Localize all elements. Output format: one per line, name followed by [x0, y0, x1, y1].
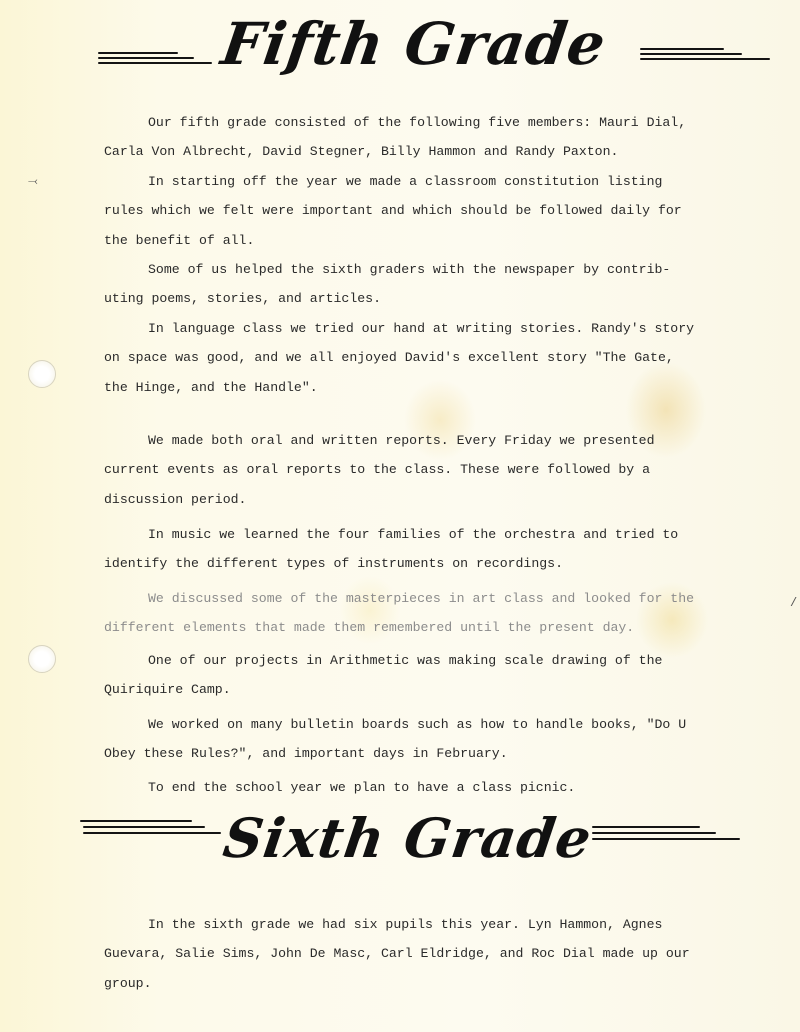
margin-mark-icon: /: [790, 596, 797, 610]
paragraph-reports: We made both oral and written reports. E…: [104, 426, 704, 514]
paragraph-language-class: In language class we tried our hand at w…: [104, 314, 704, 402]
section-title-fifth-grade: Fifth Grade: [217, 10, 610, 78]
document-page: Fifth Grade Our fifth grade consisted of…: [0, 0, 800, 1032]
paragraph-sixth-grade-pupils: In the sixth grade we had six pupils thi…: [104, 910, 704, 998]
paragraph-newspaper: Some of us helped the sixth graders with…: [104, 255, 704, 314]
margin-mark-icon: ⤙: [28, 175, 38, 189]
punch-hole: [28, 360, 56, 388]
paragraph-art: We discussed some of the masterpieces in…: [104, 584, 704, 643]
section-title-sixth-grade: Sixth Grade: [220, 806, 596, 870]
paragraph-arithmetic: One of our projects in Arithmetic was ma…: [104, 646, 704, 705]
paragraph-bulletin-boards: We worked on many bulletin boards such a…: [104, 710, 704, 769]
paragraph-members: Our fifth grade consisted of the followi…: [104, 108, 704, 167]
paragraph-constitution: In starting off the year we made a class…: [104, 167, 704, 255]
paragraph-picnic: To end the school year we plan to have a…: [104, 773, 704, 802]
punch-hole: [28, 645, 56, 673]
paragraph-music: In music we learned the four families of…: [104, 520, 704, 579]
